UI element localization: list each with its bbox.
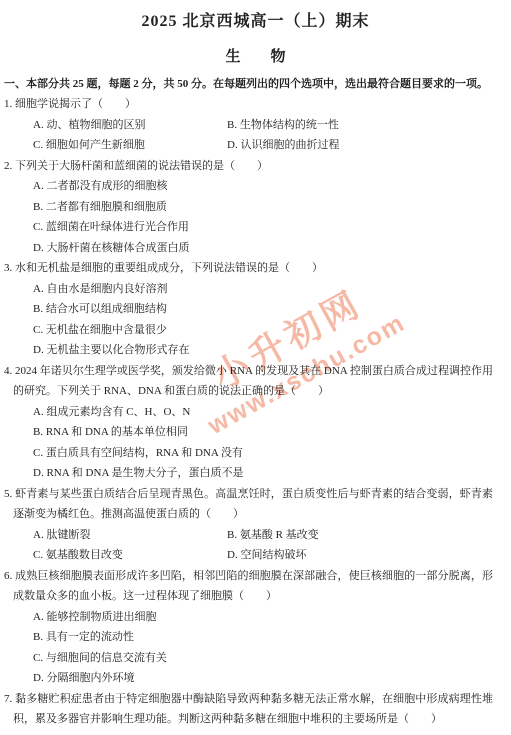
question-text: 成熟巨核细胞膜表面形成许多凹陷，相邻凹陷的细胞膜在深部融合，使巨核细胞的一部分脱… xyxy=(13,570,493,603)
option-b: B. 结合水可以组成细胞结构 xyxy=(33,299,493,320)
option-a: A. 二者都没有成形的细胞核 xyxy=(33,176,493,197)
question-3: 3. 水和无机盐是细胞的重要组成成分，下列说法错误的是（ ） A. 自由水是细胞… xyxy=(4,258,493,361)
option-d: D. 大肠杆菌在核糖体合成蛋白质 xyxy=(33,238,493,259)
option-d: D. 空间结构破坏 xyxy=(227,545,493,566)
question-number: 1. xyxy=(4,98,12,110)
question-2: 2. 下列关于大肠杆菌和蓝细菌的说法错误的是（ ） A. 二者都没有成形的细胞核… xyxy=(4,156,493,259)
exam-paper-page: 小升初网 www.xschu.com 2025 北京西城高一（上）期末 生 物 … xyxy=(0,0,511,735)
question-number: 3. xyxy=(4,262,12,274)
option-b: B. RNA 和 DNA 的基本单位相同 xyxy=(33,422,493,443)
question-7: 7. 黏多糖贮积症患者由于特定细胞器中酶缺陷导致两种黏多糖无法正常水解，在细胞中… xyxy=(4,689,493,730)
option-group: A. 肽键断裂 B. 氨基酸 R 基改变 C. 氨基酸数目改变 D. 空间结构破… xyxy=(4,525,493,566)
question-list: 1. 细胞学说揭示了（ ） A. 动、植物细胞的区别 B. 生物体结构的统一性 … xyxy=(0,94,493,730)
option-d: D. 无机盐主要以化合物形式存在 xyxy=(33,340,493,361)
question-stem: 6. 成熟巨核细胞膜表面形成许多凹陷，相邻凹陷的细胞膜在深部融合，使巨核细胞的一… xyxy=(4,566,493,607)
question-number: 4. xyxy=(4,365,12,377)
option-c: C. 氨基酸数目改变 xyxy=(33,545,227,566)
exam-content: 2025 北京西城高一（上）期末 生 物 一、本部分共 25 题，每题 2 分，… xyxy=(0,11,511,730)
question-number: 5. xyxy=(4,488,12,500)
option-group: A. 动、植物细胞的区别 B. 生物体结构的统一性 C. 细胞如何产生新细胞 D… xyxy=(4,115,493,156)
option-c: C. 蛋白质具有空间结构，RNA 和 DNA 没有 xyxy=(33,443,493,464)
question-number: 6. xyxy=(4,570,12,582)
question-stem: 2. 下列关于大肠杆菌和蓝细菌的说法错误的是（ ） xyxy=(4,156,493,177)
option-group: A. 能够控制物质进出细胞 B. 具有一定的流动性 C. 与细胞间的信息交流有关… xyxy=(4,607,493,689)
subject-title: 生 物 xyxy=(0,46,511,68)
option-c: C. 蓝细菌在叶绿体进行光合作用 xyxy=(33,217,493,238)
exam-title: 2025 北京西城高一（上）期末 xyxy=(0,11,511,33)
option-d: D. 认识细胞的曲折过程 xyxy=(227,135,493,156)
option-group: A. 自由水是细胞内良好溶剂 B. 结合水可以组成细胞结构 C. 无机盐在细胞中… xyxy=(4,279,493,361)
option-a: A. 能够控制物质进出细胞 xyxy=(33,607,493,628)
option-a: A. 自由水是细胞内良好溶剂 xyxy=(33,279,493,300)
question-text: 细胞学说揭示了（ ） xyxy=(15,98,136,110)
option-a: A. 动、植物细胞的区别 xyxy=(33,115,227,136)
option-group: A. 组成元素均含有 C、H、O、N B. RNA 和 DNA 的基本单位相同 … xyxy=(4,402,493,484)
question-stem: 7. 黏多糖贮积症患者由于特定细胞器中酶缺陷导致两种黏多糖无法正常水解，在细胞中… xyxy=(4,689,493,730)
option-b: B. 氨基酸 R 基改变 xyxy=(227,525,493,546)
question-stem: 5. 虾青素与某些蛋白质结合后呈现青黑色。高温烹饪时，蛋白质变性后与虾青素的结合… xyxy=(4,484,493,525)
question-stem: 4. 2024 年诺贝尔生理学或医学奖，颁发给微小 RNA 的发现及其在 DNA… xyxy=(4,361,493,402)
question-stem: 1. 细胞学说揭示了（ ） xyxy=(4,94,493,115)
question-text: 黏多糖贮积症患者由于特定细胞器中酶缺陷导致两种黏多糖无法正常水解，在细胞中形成病… xyxy=(13,693,493,726)
question-4: 4. 2024 年诺贝尔生理学或医学奖，颁发给微小 RNA 的发现及其在 DNA… xyxy=(4,361,493,484)
option-b: B. 二者都有细胞膜和细胞质 xyxy=(33,197,493,218)
option-a: A. 肽键断裂 xyxy=(33,525,227,546)
option-c: C. 无机盐在细胞中含量很少 xyxy=(33,320,493,341)
question-5: 5. 虾青素与某些蛋白质结合后呈现青黑色。高温烹饪时，蛋白质变性后与虾青素的结合… xyxy=(4,484,493,566)
question-text: 下列关于大肠杆菌和蓝细菌的说法错误的是（ ） xyxy=(15,160,268,172)
question-1: 1. 细胞学说揭示了（ ） A. 动、植物细胞的区别 B. 生物体结构的统一性 … xyxy=(4,94,493,156)
option-a: A. 组成元素均含有 C、H、O、N xyxy=(33,402,493,423)
question-text: 水和无机盐是细胞的重要组成成分，下列说法错误的是（ ） xyxy=(15,262,323,274)
section-instructions: 一、本部分共 25 题，每题 2 分，共 50 分。在每题列出的四个选项中，选出… xyxy=(0,76,511,92)
option-d: D. 分隔细胞内外环境 xyxy=(33,668,493,689)
option-d: D. RNA 和 DNA 是生物大分子，蛋白质不是 xyxy=(33,463,493,484)
question-6: 6. 成熟巨核细胞膜表面形成许多凹陷，相邻凹陷的细胞膜在深部融合，使巨核细胞的一… xyxy=(4,566,493,689)
question-number: 2. xyxy=(4,160,12,172)
option-c: C. 与细胞间的信息交流有关 xyxy=(33,648,493,669)
option-b: B. 具有一定的流动性 xyxy=(33,627,493,648)
question-number: 7. xyxy=(4,693,12,705)
question-stem: 3. 水和无机盐是细胞的重要组成成分，下列说法错误的是（ ） xyxy=(4,258,493,279)
question-text: 虾青素与某些蛋白质结合后呈现青黑色。高温烹饪时，蛋白质变性后与虾青素的结合变弱，… xyxy=(13,488,493,521)
option-b: B. 生物体结构的统一性 xyxy=(227,115,493,136)
question-text: 2024 年诺贝尔生理学或医学奖，颁发给微小 RNA 的发现及其在 DNA 控制… xyxy=(13,365,493,398)
option-c: C. 细胞如何产生新细胞 xyxy=(33,135,227,156)
option-group: A. 二者都没有成形的细胞核 B. 二者都有细胞膜和细胞质 C. 蓝细菌在叶绿体… xyxy=(4,176,493,258)
